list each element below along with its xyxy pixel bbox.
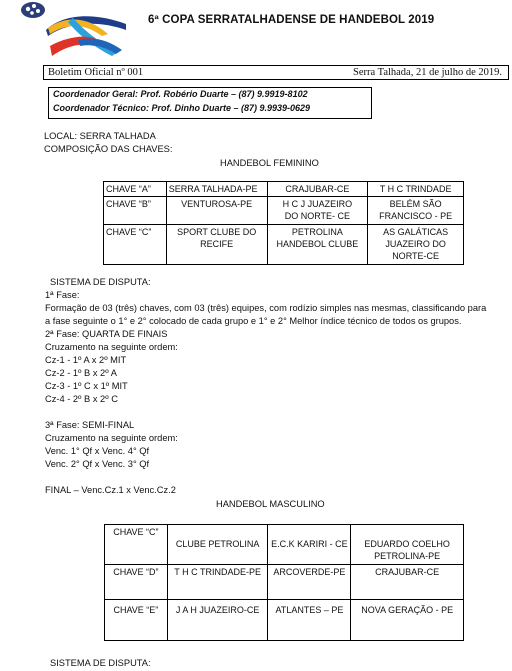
final-text: FINAL – Venc.Cz.1 x Venc.Cz.2 <box>45 484 176 497</box>
handball-logo-icon <box>18 0 140 62</box>
team-cell: E.C.K KARIRI - CE <box>268 525 351 565</box>
team-cell: AS GALÁTICAS JUAZEIRO DO NORTE-CE <box>368 224 464 264</box>
phase2-order: Cruzamento na seguinte ordem: <box>45 341 178 354</box>
team-cell: H C J JUAZEIRO DO NORTE- CE <box>267 197 368 224</box>
bulletin-place-date: Serra Talhada, 21 de julho de 2019. <box>353 66 502 79</box>
phase3-match: Venc. 2° Qf x Venc. 3° Qf <box>45 458 149 471</box>
composition-heading: COMPOSIÇÃO DAS CHAVES: <box>44 143 172 156</box>
table-row: CHAVE “D”T H C TRINDADE-PEARCOVERDE-PECR… <box>105 565 464 600</box>
group-label-cell: CHAVE “A” <box>104 182 167 197</box>
phase2-match: Cz-2 - 1º B x 2º A <box>45 367 117 380</box>
team-cell: CRAJUBAR-CE <box>267 182 368 197</box>
male-groups-table: CHAVE “C”CLUBE PETROLINAE.C.K KARIRI - C… <box>104 524 464 641</box>
coordinators-box: Coordenador Geral: Prof. Robério Duarte … <box>48 87 372 119</box>
male-system-heading: SISTEMA DE DISPUTA: <box>50 657 151 670</box>
phase1-title: 1ª Fase: <box>45 289 79 302</box>
group-label-cell: CHAVE “C” <box>105 525 168 565</box>
table-row: CHAVE “C”CLUBE PETROLINAE.C.K KARIRI - C… <box>105 525 464 565</box>
team-cell: CLUBE PETROLINA <box>167 525 268 565</box>
team-cell: ATLANTES – PE <box>268 600 351 641</box>
phase2-title: 2ª Fase: QUARTA DE FINAIS <box>45 328 167 341</box>
team-cell: ARCOVERDE-PE <box>268 565 351 600</box>
team-cell: SERRA TALHADA-PE <box>166 182 267 197</box>
female-groups-table: CHAVE “A”SERRA TALHADA-PECRAJUBAR-CET H … <box>103 181 464 265</box>
table-row: CHAVE “E” J A H JUAZEIRO-CEATLANTES – PE… <box>105 600 464 641</box>
phase3-title: 3ª Fase: SEMI-FINAL <box>45 419 134 432</box>
female-heading: HANDEBOL FEMININO <box>220 157 319 170</box>
phase3-match: Venc. 1° Qf x Venc. 4° Qf <box>45 445 149 458</box>
table-row: CHAVE “A”SERRA TALHADA-PECRAJUBAR-CET H … <box>104 182 464 197</box>
team-cell: J A H JUAZEIRO-CE <box>167 600 268 641</box>
team-cell: T H C TRINDADE-PE <box>167 565 268 600</box>
championship-logo <box>18 0 140 62</box>
table-row: CHAVE “B”VENTUROSA-PEH C J JUAZEIRO DO N… <box>104 197 464 224</box>
team-cell: CRAJUBAR-CE <box>351 565 464 600</box>
table-row: CHAVE “C”SPORT CLUBE DO RECIFEPETROLINA … <box>104 224 464 264</box>
phase2-match: Cz-4 - 2º B x 2º C <box>45 393 118 406</box>
bulletin-box: Boletim Oficial nº 001 Serra Talhada, 21… <box>43 65 509 80</box>
team-cell: PETROLINA HANDEBOL CLUBE <box>267 224 368 264</box>
team-cell: BELÉM SÃO FRANCISCO - PE <box>368 197 464 224</box>
team-cell: SPORT CLUBE DO RECIFE <box>166 224 267 264</box>
team-cell: T H C TRINDADE <box>368 182 464 197</box>
team-cell: VENTUROSA-PE <box>166 197 267 224</box>
group-label-cell: CHAVE “C” <box>104 224 167 264</box>
male-heading: HANDEBOL MASCULINO <box>216 498 325 511</box>
phase2-match: Cz-1 - 1º A x 2º MIT <box>45 354 126 367</box>
phase1-text-2: a fase seguinte o 1° e 2° colocado de ca… <box>45 315 461 328</box>
local-text: LOCAL: SERRA TALHADA <box>44 130 156 143</box>
phase1-text-1: Formação de 03 (três) chaves, com 03 (tr… <box>45 302 486 315</box>
phase2-match: Cz-3 - 1º C x 1º MIT <box>45 380 128 393</box>
document-title: 6ª COPA SERRATALHADENSE DE HANDEBOL 2019 <box>148 14 434 26</box>
female-system-heading: SISTEMA DE DISPUTA: <box>50 276 151 289</box>
group-label-cell: CHAVE “E” <box>105 600 168 641</box>
coordinator-technical: Coordenador Técnico: Prof. Dinho Duarte … <box>49 102 371 116</box>
coordinator-general: Coordenador Geral: Prof. Robério Duarte … <box>49 88 371 102</box>
group-label-cell: CHAVE “B” <box>104 197 167 224</box>
phase3-order: Cruzamento na seguinte ordem: <box>45 432 178 445</box>
group-label-cell: CHAVE “D” <box>105 565 168 600</box>
bulletin-number: Boletim Oficial nº 001 <box>48 66 143 79</box>
team-cell: EDUARDO COELHO PETROLINA-PE <box>351 525 464 565</box>
team-cell: NOVA GERAÇÃO - PE <box>351 600 464 641</box>
